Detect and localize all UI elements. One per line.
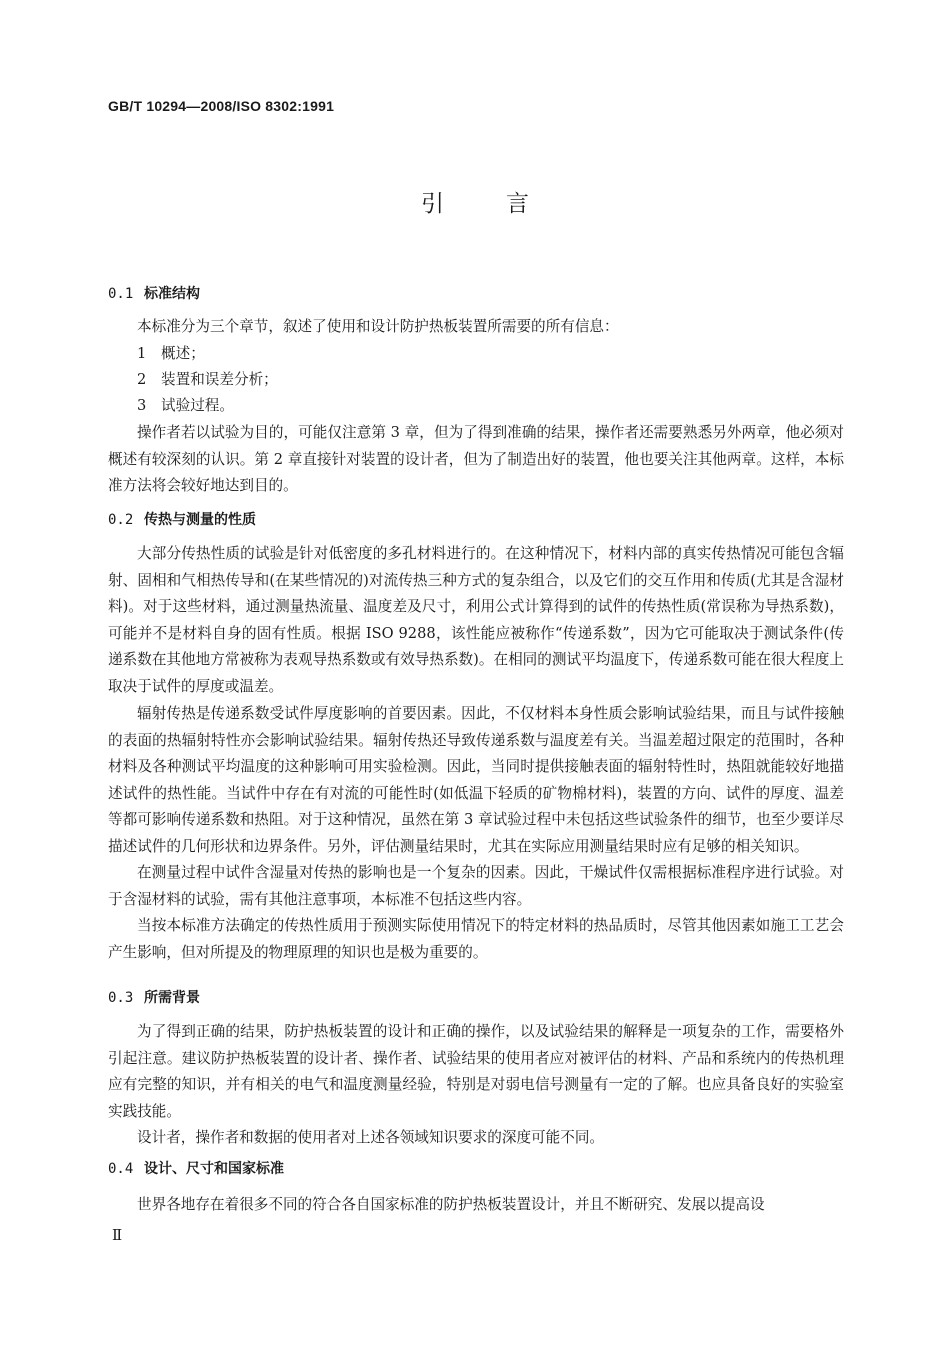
paragraph: 辐射传热是传递系数受试件厚度影响的首要因素。因此，不仅材料本身性质会影响试验结果… (108, 701, 844, 860)
paragraph: 操作者若以试验为目的，可能仅注意第 3 章，但为了得到准确的结果，操作者还需要熟… (108, 420, 844, 500)
standard-code-header: GB/T 10294—2008/ISO 8302:1991 (108, 98, 334, 114)
section-intro: 本标准分为三个章节，叙述了使用和设计防护热板装置所需要的所有信息： (108, 314, 844, 341)
paragraph: 为了得到正确的结果，防护热板装置的设计和正确的操作，以及试验结果的解释是一项复杂… (108, 1019, 844, 1125)
section-heading-0-1: 0.1标准结构 (108, 283, 200, 303)
section-number: 0.1 (108, 286, 144, 302)
paragraph: 当按本标准方法确定的传热性质用于预测实际使用情况下的特定材料的热品质时，尽管其他… (108, 913, 844, 966)
paragraph: 大部分传热性质的试验是针对低密度的多孔材料进行的。在这种情况下，材料内部的真实传… (108, 541, 844, 700)
paragraph: 在测量过程中试件含湿量对传热的影响也是一个复杂的因素。因此，干燥试件仅需根据标准… (108, 860, 844, 913)
page-title: 引言 (0, 185, 950, 218)
section-heading-0-4: 0.4设计、尺寸和国家标准 (108, 1158, 284, 1178)
list-item: 1概述； (137, 341, 205, 368)
paragraph: 设计者，操作者和数据的使用者对上述各领域知识要求的深度可能不同。 (108, 1125, 844, 1152)
section-heading-0-2: 0.2传热与测量的性质 (108, 509, 256, 529)
section-title: 标准结构 (144, 286, 200, 302)
paragraph: 世界各地存在着很多不同的符合各自国家标准的防护热板装置设计，并且不断研究、发展以… (108, 1192, 844, 1219)
section-heading-0-3: 0.3所需背景 (108, 987, 200, 1007)
list-item: 3试验过程。 (137, 393, 234, 420)
page-number: Ⅱ (112, 1226, 122, 1244)
list-item: 2装置和误差分析； (137, 367, 278, 394)
